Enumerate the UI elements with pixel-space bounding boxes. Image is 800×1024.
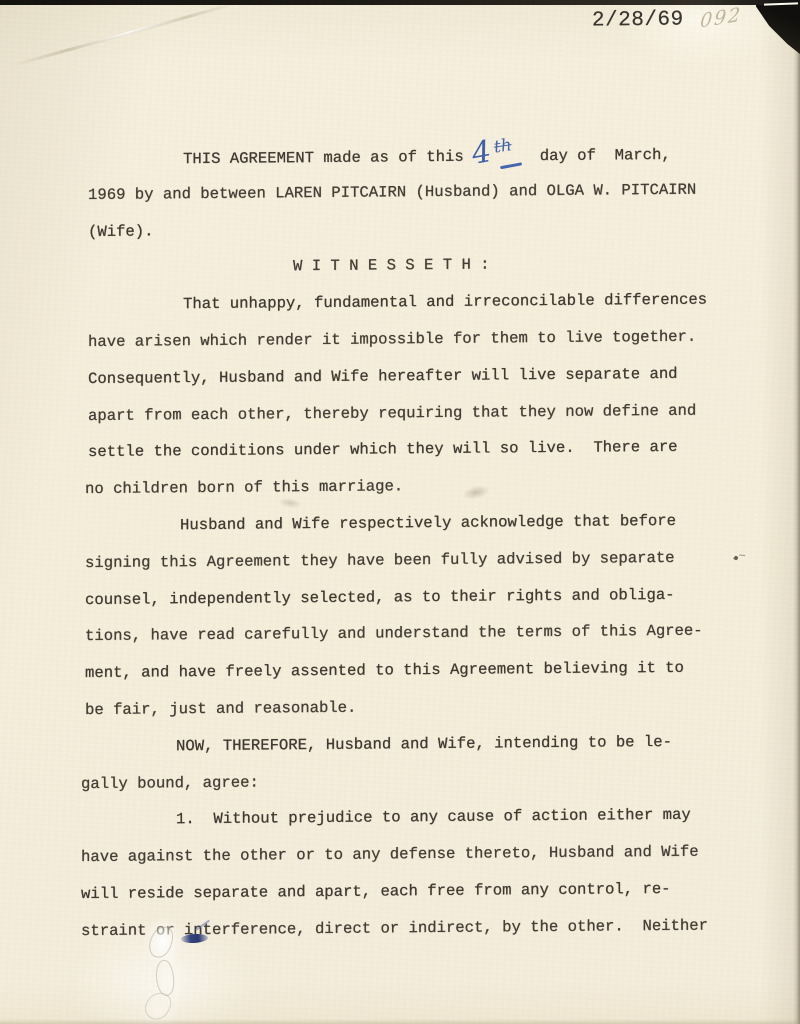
witnesseth-heading: W I T N E S S E T H : — [88, 245, 748, 288]
document-line: be fair, just and reasonable. — [85, 686, 748, 729]
document-line: no children born of this marriage. — [85, 465, 748, 508]
opening-post: day of March, — [540, 146, 671, 165]
handwritten-day-suffix: th — [491, 127, 514, 166]
document-line: That unhappy, fundamental and irreconcil… — [88, 281, 748, 324]
paper-crease-shadow — [60, 12, 205, 54]
handwritten-day: 4th — [472, 138, 530, 176]
corner-tear — [756, 0, 800, 54]
scanned-page: 2/28/69 092 THIS AGREEMENT made as of th… — [0, 0, 800, 1024]
opening-pre: THIS AGREEMENT made as of this — [183, 148, 464, 168]
scan-edge-bottom — [0, 1019, 800, 1024]
document-line: NOW, THEREFORE, Husband and Wife, intend… — [81, 723, 748, 766]
scan-edge-right — [793, 0, 800, 1024]
document-line: apart from each other, thereby requiring… — [88, 392, 748, 435]
handwritten-day-number: 4 — [469, 137, 493, 170]
document-line: 1. Without prejudice to any cause of act… — [81, 797, 748, 840]
document-line: gally bound, agree: — [81, 760, 748, 803]
pencil-annotation: 092 — [699, 3, 743, 32]
document-line: have against the other or to any defense… — [81, 833, 748, 876]
document-line: tions, have read carefully and understan… — [85, 613, 748, 656]
document-line: ment, and have freely assented to this A… — [85, 649, 748, 692]
document-line: have arisen which render it impossible f… — [88, 318, 748, 361]
document-line: 1969 by and between LAREN PITCAIRN (Husb… — [88, 171, 748, 214]
document-line: settle the conditions under which they w… — [88, 429, 748, 472]
document-line: will reside separate and apart, each fre… — [81, 870, 748, 913]
document-line: counsel, independently selected, as to t… — [85, 576, 748, 619]
document-line: (Wife). — [88, 208, 748, 251]
agreement-text: THIS AGREEMENT made as of this4thday of … — [88, 134, 748, 949]
date-stamp: 2/28/69 — [592, 9, 684, 33]
opening-line: THIS AGREEMENT made as of this4thday of … — [88, 134, 748, 177]
document-line: Husband and Wife respectively acknowledg… — [85, 502, 748, 545]
document-line: Consequently, Husband and Wife hereafter… — [88, 355, 748, 398]
scan-edge-top — [0, 0, 800, 5]
document-line: signing this Agreement they have been fu… — [85, 539, 748, 582]
